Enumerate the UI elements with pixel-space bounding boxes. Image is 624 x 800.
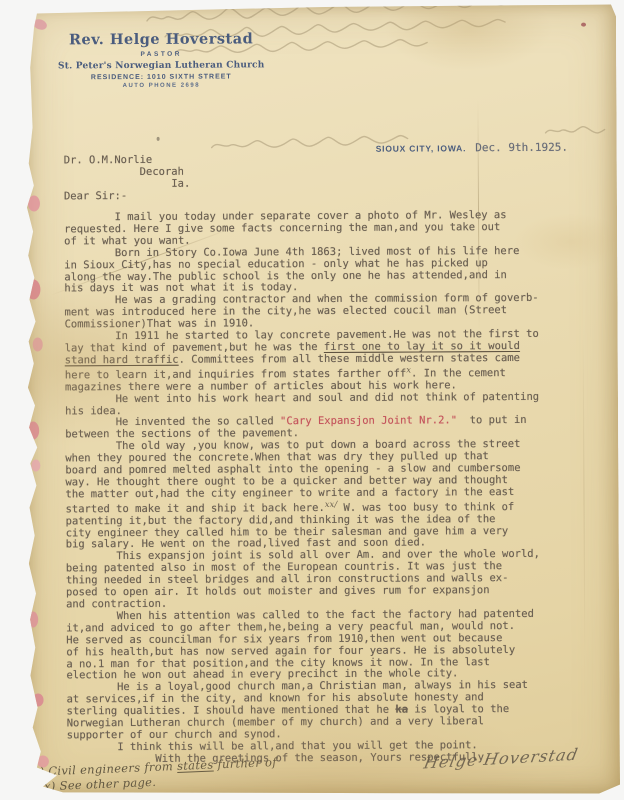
letter-line: Dear Sir:- — [64, 190, 190, 203]
letterhead-title: PASTOR — [41, 50, 281, 58]
pink-tape-mark — [28, 611, 38, 627]
letterhead-church: St. Peter's Norwegian Lutheran Church — [41, 60, 281, 71]
typed-date: Dec. 9th.1925. — [475, 141, 568, 154]
printed-city: SIOUX CITY, IOWA. — [376, 143, 467, 153]
pink-tape-mark — [33, 693, 44, 706]
ink-speck — [157, 137, 160, 141]
pink-tape-mark — [33, 337, 43, 351]
letter-body: I mail you today under separate cover a … — [64, 210, 541, 766]
letter-line: He went into his work heart and soul and… — [65, 391, 539, 405]
letter-paper: Rev. Helge Hoverstad PASTOR St. Peter's … — [25, 4, 620, 796]
fold-crease — [583, 335, 586, 655]
pink-tape-mark — [31, 459, 40, 471]
pink-tape-mark — [26, 279, 40, 299]
letterhead-name: Rev. Helge Hoverstad — [41, 30, 281, 48]
scan-background: { "letterhead": { "name": "Rev. Helge Ho… — [0, 0, 624, 800]
letterhead-phone: AUTO PHONE 2698 — [41, 82, 281, 89]
pink-tape-mark — [28, 195, 40, 211]
letterhead-residence: RESIDENCE: 1010 SIXTH STREET — [41, 73, 281, 81]
recipient-block: Dr. O.M.Norlie Decorah Ia.Dear Sir:- — [64, 155, 191, 203]
letterhead-block: Rev. Helge Hoverstad PASTOR St. Peter's … — [41, 30, 281, 89]
dateline: SIOUX CITY, IOWA.Dec. 9th.1925. — [376, 136, 568, 156]
pink-tape-mark — [27, 421, 39, 439]
pink-tape-mark — [32, 17, 49, 31]
ink-speck — [581, 23, 586, 27]
